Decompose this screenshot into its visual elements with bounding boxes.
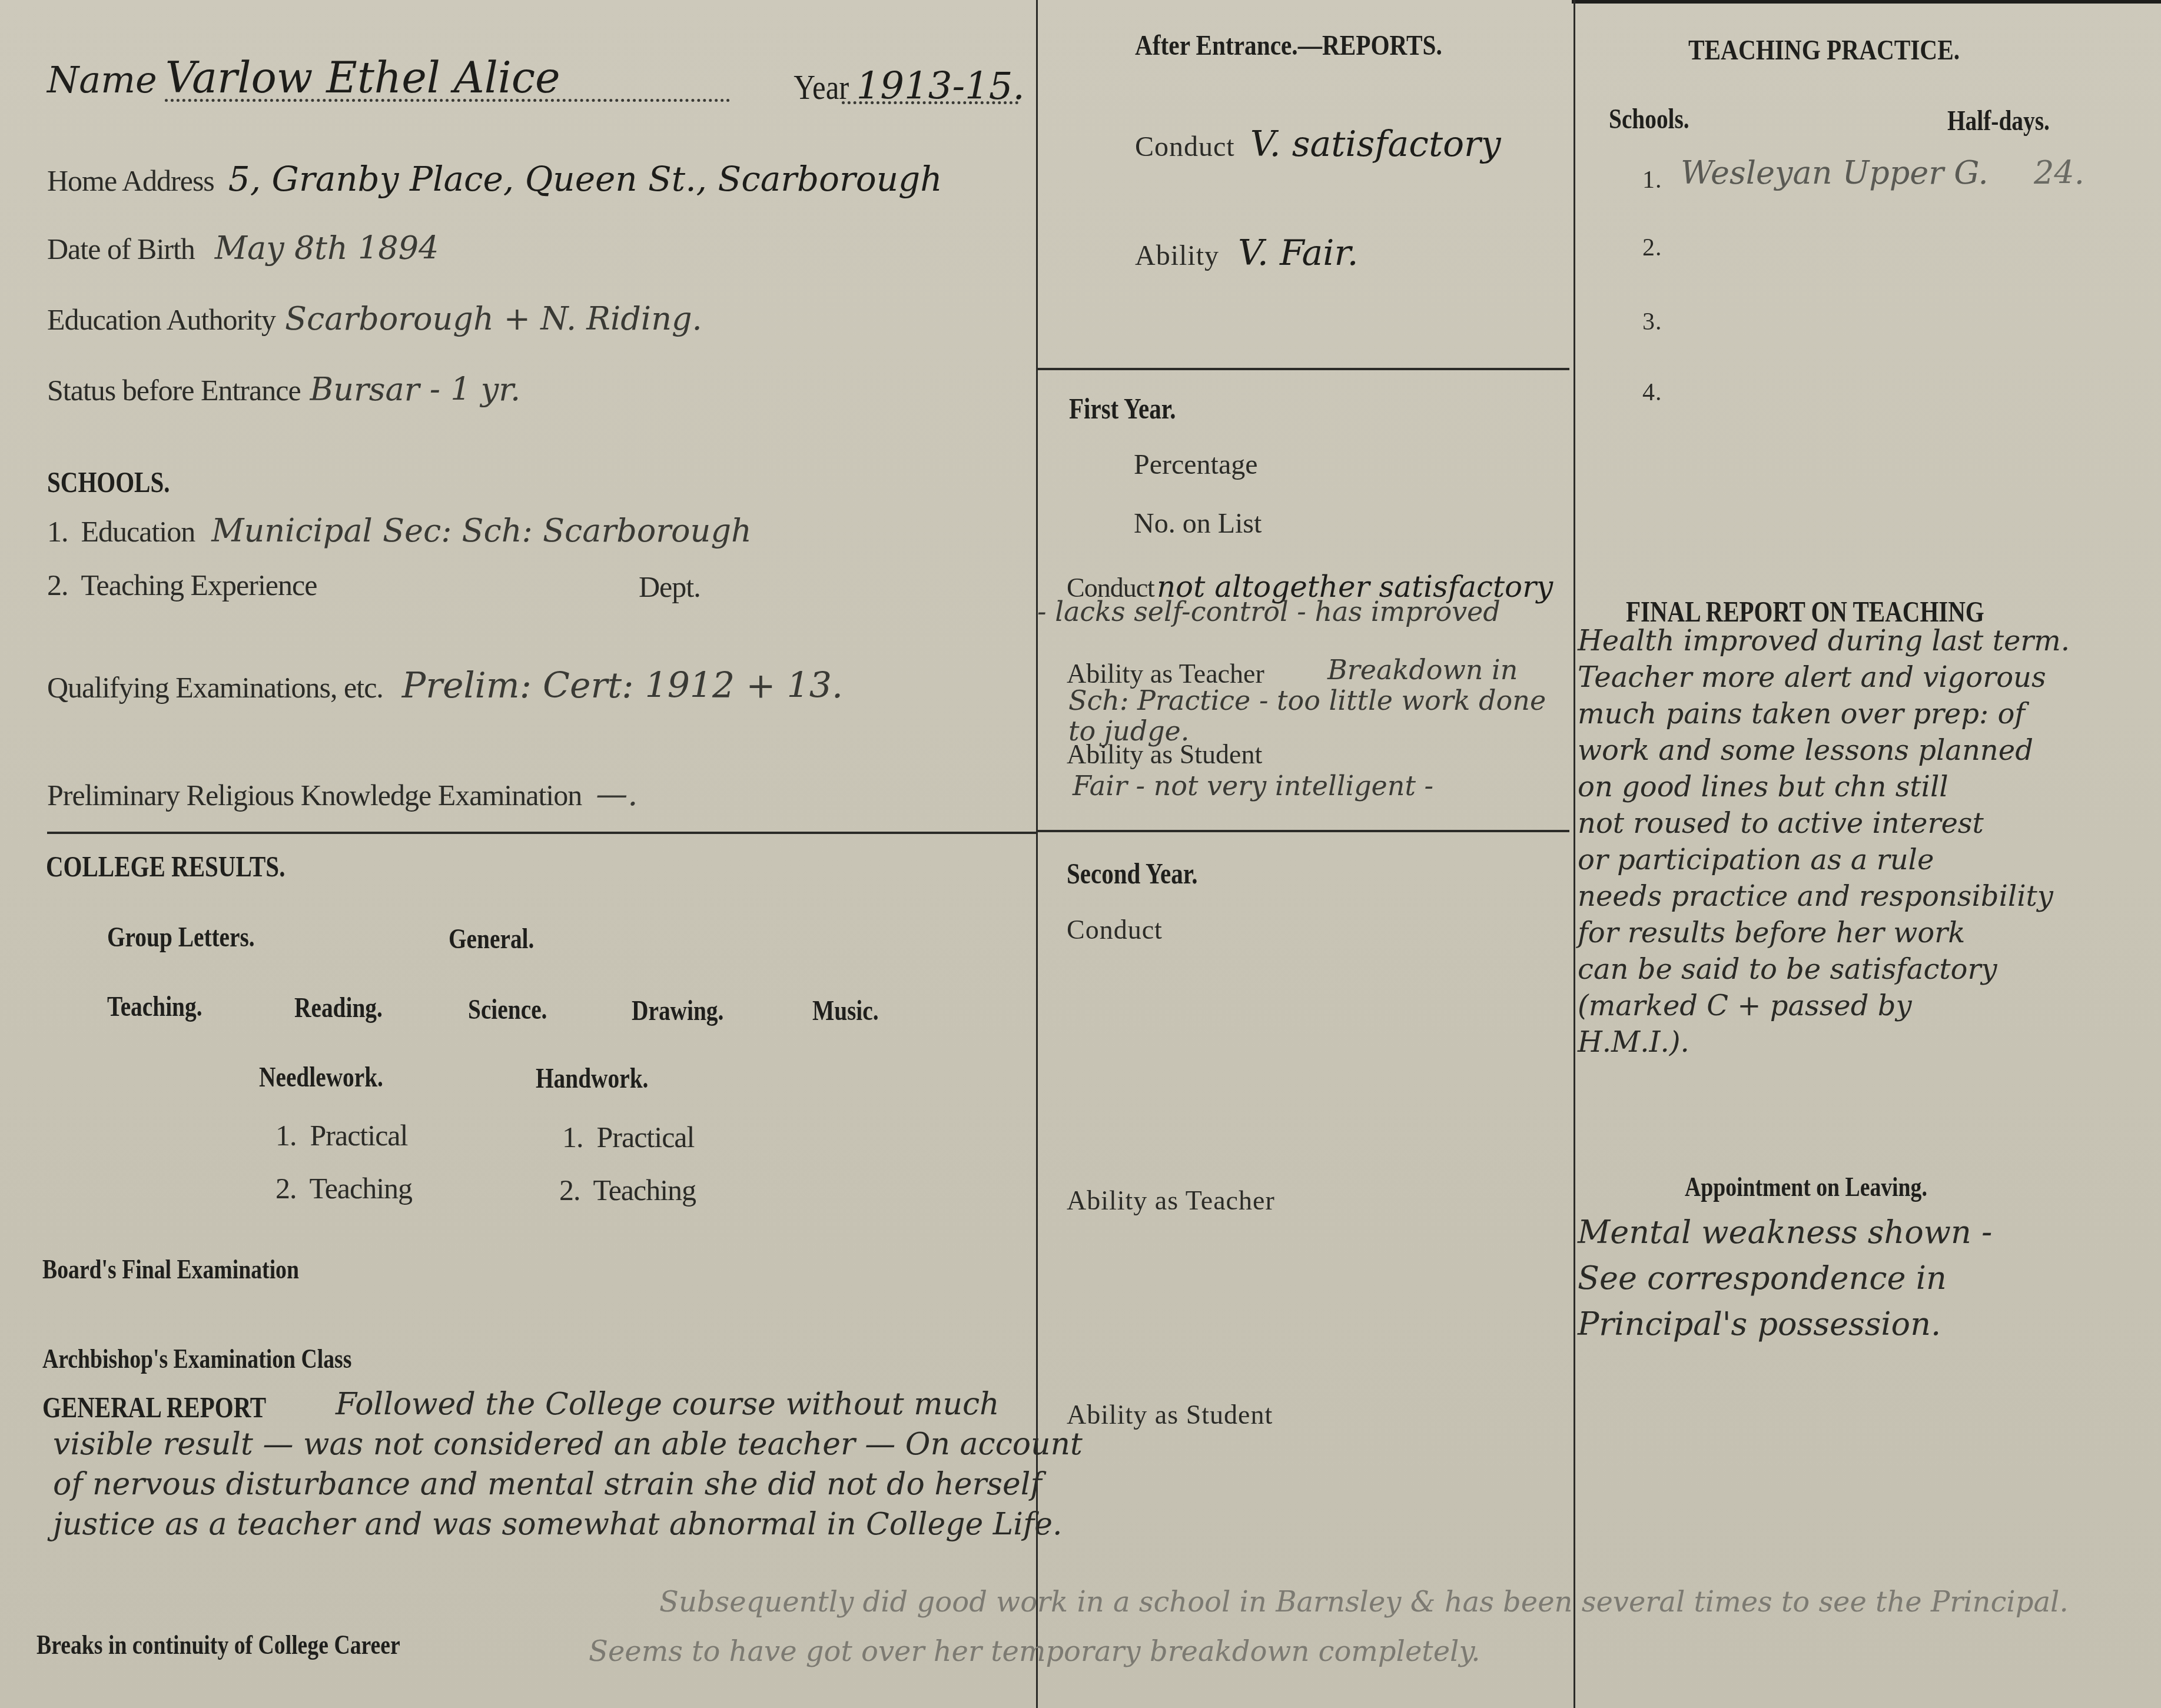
home-address-row: Home Address 5, Granby Place, Queen St.,…	[47, 159, 942, 199]
religious-value: —.	[596, 776, 638, 813]
column-divider-right	[1574, 0, 1575, 1708]
status-label: Status before Entrance	[47, 374, 301, 407]
teaching-experience-label: Teaching Experience	[81, 569, 317, 602]
qualifying-row: Qualifying Examinations, etc. Prelim: Ce…	[47, 665, 843, 706]
subsequent-note: Subsequently did good work in a school i…	[589, 1577, 2143, 1676]
breaks-label: Breaks in continuity of College Career	[36, 1629, 400, 1660]
qualifying-label: Qualifying Examinations, etc.	[47, 671, 383, 704]
appointment-body: Mental weakness shown -See correspondenc…	[1578, 1209, 2160, 1347]
subject-science: Science.	[468, 993, 547, 1026]
name-field: Name Varlow Ethel Alice	[47, 53, 560, 102]
subject-reading: Reading.	[294, 992, 383, 1024]
tp-row-4-number: 4.	[1642, 378, 1662, 407]
year-dotted-line	[842, 101, 1018, 104]
entrance-conduct-row: Conduct V. satisfactory	[1135, 124, 1501, 165]
schools-education-value: Municipal Sec: Sch: Scarborough	[211, 512, 752, 549]
reports-heading: After Entrance.—REPORTS.	[1135, 29, 1442, 62]
general-label: General.	[449, 923, 534, 955]
handwritten-line: for results before her work	[1578, 915, 2160, 951]
first-year-no-on-list-label: No. on List	[1134, 507, 1262, 540]
rule-second-year	[1038, 830, 1569, 832]
final-report-body: Health improved during last term.Teacher…	[1578, 623, 2160, 1061]
subject-music: Music.	[812, 995, 879, 1027]
dob-label: Date of Birth	[47, 232, 195, 265]
teaching-experience-number: 2.	[47, 569, 68, 602]
first-year-conduct-note: - lacks self-control - has improved	[1037, 596, 1501, 627]
boards-final-label: Board's Final Examination	[42, 1254, 299, 1285]
qualifying-value: Prelim: Cert: 1912 + 13.	[402, 665, 843, 706]
tp-row-2-number: 2.	[1642, 234, 1662, 262]
dob-row: Date of Birth May 8th 1894	[47, 230, 439, 267]
needlework-teaching: 2. Teaching	[275, 1171, 412, 1205]
tp-row-3-number: 3.	[1642, 308, 1662, 336]
subject-teaching: Teaching.	[107, 991, 203, 1023]
schools-education-row: 1. Education Municipal Sec: Sch: Scarbor…	[47, 512, 752, 549]
handwritten-line: much pains taken over prep: of	[1578, 696, 2160, 732]
second-year-teacher-label: Ability as Teacher	[1067, 1185, 1275, 1216]
handwritten-line: H.M.I.).	[1578, 1024, 2160, 1061]
home-address-label: Home Address	[47, 164, 214, 197]
handwritten-line: can be said to be satisfactory	[1578, 951, 2160, 988]
entrance-conduct-value: V. satisfactory	[1250, 124, 1501, 165]
needlework-label: Needlework.	[259, 1061, 383, 1094]
schools-education-label: Education	[81, 515, 195, 548]
student-record-card: Name Varlow Ethel Alice Year 1913-15. Ho…	[0, 0, 2161, 1708]
needlework-practical: 1. Practical	[275, 1118, 407, 1152]
first-year-percentage-label: Percentage	[1134, 448, 1258, 481]
entrance-conduct-label: Conduct	[1135, 131, 1235, 162]
handwritten-line: Teacher more alert and vigorous	[1578, 659, 2160, 696]
rule-first-year	[1038, 368, 1569, 370]
handwritten-line: or participation as a rule	[1578, 842, 2160, 878]
first-year-heading: First Year.	[1069, 391, 1176, 426]
handwritten-line: Mental weakness shown -	[1578, 1209, 2160, 1255]
appointment-heading: Appointment on Leaving.	[1685, 1171, 1927, 1202]
education-authority-row: Education Authority Scarborough + N. Rid…	[47, 300, 702, 337]
handwork-practical: 1. Practical	[562, 1120, 694, 1154]
tp-row-1-school: Wesleyan Upper G.	[1681, 154, 1989, 191]
handwritten-line: Principal's possession.	[1578, 1301, 2160, 1347]
teaching-experience-row: 2. Teaching Experience	[47, 568, 317, 602]
handwritten-line: Health improved during last term.	[1578, 623, 2160, 659]
handwritten-line: not roused to active interest	[1578, 805, 2160, 842]
first-year-teacher-value: Breakdown in Sch: Practice - too little …	[1068, 654, 1575, 746]
second-year-conduct-label: Conduct	[1067, 914, 1163, 945]
general-report-value: Followed the College course without much…	[53, 1384, 1101, 1544]
college-results-heading: COLLEGE RESULTS.	[46, 849, 285, 883]
tp-halfdays-label: Half-days.	[1947, 105, 2050, 137]
archbishops-label: Archbishop's Examination Class	[42, 1343, 351, 1374]
status-row: Status before Entrance Bursar - 1 yr.	[47, 371, 520, 408]
teaching-practice-heading: TEACHING PRACTICE.	[1688, 34, 1960, 67]
subject-drawing: Drawing.	[632, 995, 723, 1027]
tp-row-1-halfdays: 24.	[2034, 154, 2084, 191]
first-year-student-label: Ability as Student	[1067, 739, 1262, 770]
religious-label: Preliminary Religious Knowledge Examinat…	[47, 779, 582, 812]
education-authority-value: Scarborough + N. Riding.	[285, 300, 702, 337]
name-dotted-line	[165, 99, 730, 102]
name-label: Name	[47, 58, 157, 101]
status-value: Bursar - 1 yr.	[310, 371, 521, 408]
handwritten-line: (marked C + passed by	[1578, 988, 2160, 1024]
education-authority-label: Education Authority	[47, 303, 275, 336]
handwritten-line: work and some lessons planned	[1578, 732, 2160, 769]
home-address-value: 5, Granby Place, Queen St., Scarborough	[228, 159, 942, 199]
tp-schools-label: Schools.	[1609, 103, 1689, 135]
tp-row-1-number: 1.	[1642, 166, 1662, 194]
dob-value: May 8th 1894	[215, 230, 439, 267]
dept-label: Dept.	[639, 570, 701, 604]
rule-college-results	[47, 832, 1036, 834]
entrance-ability-row: Ability V. Fair.	[1135, 232, 1359, 274]
handwritten-line: on good lines but chn still	[1578, 769, 2160, 805]
handwork-label: Handwork.	[536, 1062, 648, 1095]
first-year-student-value: Fair - not very intelligent -	[1073, 770, 1433, 802]
handwork-teaching: 2. Teaching	[559, 1173, 696, 1207]
handwritten-line: See correspondence in	[1578, 1255, 2160, 1301]
religious-row: Preliminary Religious Knowledge Examinat…	[47, 776, 638, 813]
schools-education-number: 1.	[47, 515, 68, 548]
name-value: Varlow Ethel Alice	[165, 53, 560, 102]
second-year-heading: Second Year.	[1067, 856, 1197, 890]
card-top-edge	[1572, 0, 2161, 4]
second-year-student-label: Ability as Student	[1067, 1399, 1273, 1430]
entrance-ability-label: Ability	[1135, 240, 1219, 271]
handwritten-line: needs practice and responsibility	[1578, 878, 2160, 915]
entrance-ability-value: V. Fair.	[1238, 232, 1359, 274]
group-letters-label: Group Letters.	[107, 921, 255, 953]
year-label: Year	[794, 67, 849, 108]
schools-heading: SCHOOLS.	[47, 465, 170, 499]
